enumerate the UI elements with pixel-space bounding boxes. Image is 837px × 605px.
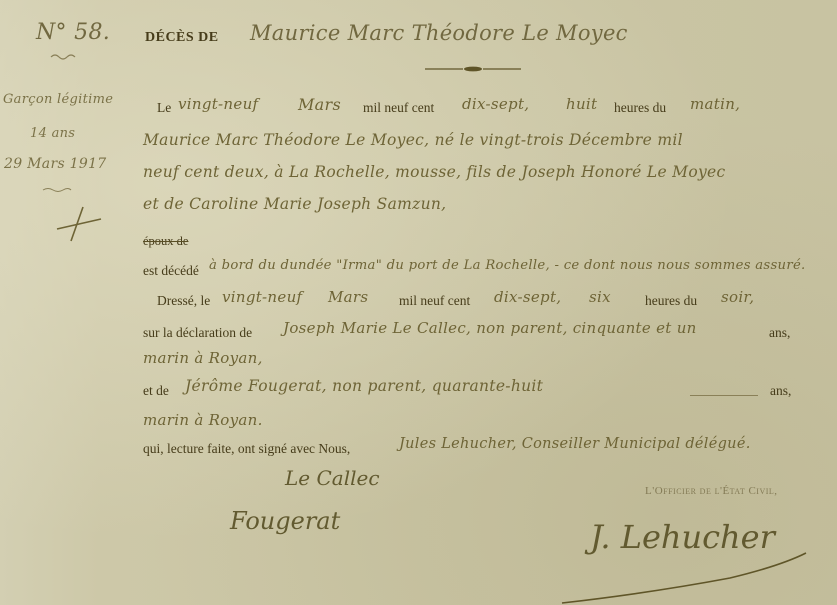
- declarant1-details: Joseph Marie Le Callec, non parent, cinq…: [283, 319, 697, 337]
- declarant2-ans: ans,: [770, 383, 791, 399]
- age-blank-line: [690, 395, 758, 396]
- margin-legitimacy: Garçon légitime: [3, 92, 113, 107]
- deceased-birth-details: Maurice Marc Théodore Le Moyec, né le vi…: [143, 131, 683, 149]
- printed-and-of: et de: [143, 383, 169, 399]
- printed-died: est décédé: [143, 263, 199, 279]
- death-period: matin,: [690, 95, 740, 113]
- drawn-up-hour: six: [589, 288, 611, 306]
- printed-closing: qui, lecture faite, ont signé avec Nous,: [143, 441, 350, 457]
- signature-flourish-icon: [560, 548, 810, 605]
- declarant1-occupation: marin à Royan,: [143, 349, 263, 367]
- declarant1-ans: ans,: [769, 325, 790, 341]
- margin-age: 14 ans: [30, 126, 75, 141]
- drawn-up-month: Mars: [328, 288, 368, 306]
- officer-caption: L'Officier de l'État Civil,: [645, 485, 778, 497]
- printed-declaration-of: sur la déclaration de: [143, 325, 252, 341]
- death-day: vingt-neuf: [178, 95, 258, 113]
- printed-drawn-year-prefix: mil neuf cent: [399, 293, 470, 309]
- drawn-up-year: dix-sept,: [494, 288, 561, 306]
- record-title-label: DÉCÈS DE: [145, 30, 219, 46]
- civil-death-record-page: N° 58. DÉCÈS DE Maurice Marc Théodore Le…: [0, 0, 837, 605]
- printed-drawn-hours: heures du: [645, 293, 697, 309]
- margin-flourish-icon: [42, 186, 72, 194]
- declarant2-occupation: marin à Royan.: [143, 411, 263, 429]
- drawn-up-day: vingt-neuf: [222, 288, 302, 306]
- signature-le-callec: Le Callec: [285, 466, 380, 490]
- underline-flourish-icon: [50, 52, 76, 60]
- printed-drawn-up: Dressé, le: [157, 293, 210, 309]
- deceased-mother: et de Caroline Marie Joseph Samzun,: [143, 195, 446, 213]
- declarant2-details: Jérôme Fougerat, non parent, quarante-hu…: [185, 377, 543, 395]
- ornament-divider-icon: [425, 66, 521, 72]
- margin-date: 29 Mars 1917: [4, 156, 107, 172]
- deceased-parentage: neuf cent deux, à La Rochelle, mousse, f…: [143, 163, 725, 181]
- drawn-up-period: soir,: [721, 288, 754, 306]
- officer-statement: Jules Lehucher, Conseiller Municipal dél…: [399, 436, 751, 452]
- death-year: dix-sept,: [462, 95, 529, 113]
- death-place: à bord du dundée "Irma" du port de La Ro…: [209, 258, 806, 273]
- spouse-label: époux de: [143, 234, 188, 249]
- death-cross-icon: [55, 205, 105, 245]
- printed-year-prefix: mil neuf cent: [363, 100, 434, 116]
- record-number: N° 58.: [36, 20, 110, 45]
- printed-hours: heures du: [614, 100, 666, 116]
- death-month: Mars: [298, 95, 341, 114]
- printed-le: Le: [157, 100, 171, 116]
- death-hour: huit: [566, 95, 597, 113]
- deceased-name: Maurice Marc Théodore Le Moyec: [250, 21, 628, 45]
- signature-fougerat: Fougerat: [230, 507, 340, 535]
